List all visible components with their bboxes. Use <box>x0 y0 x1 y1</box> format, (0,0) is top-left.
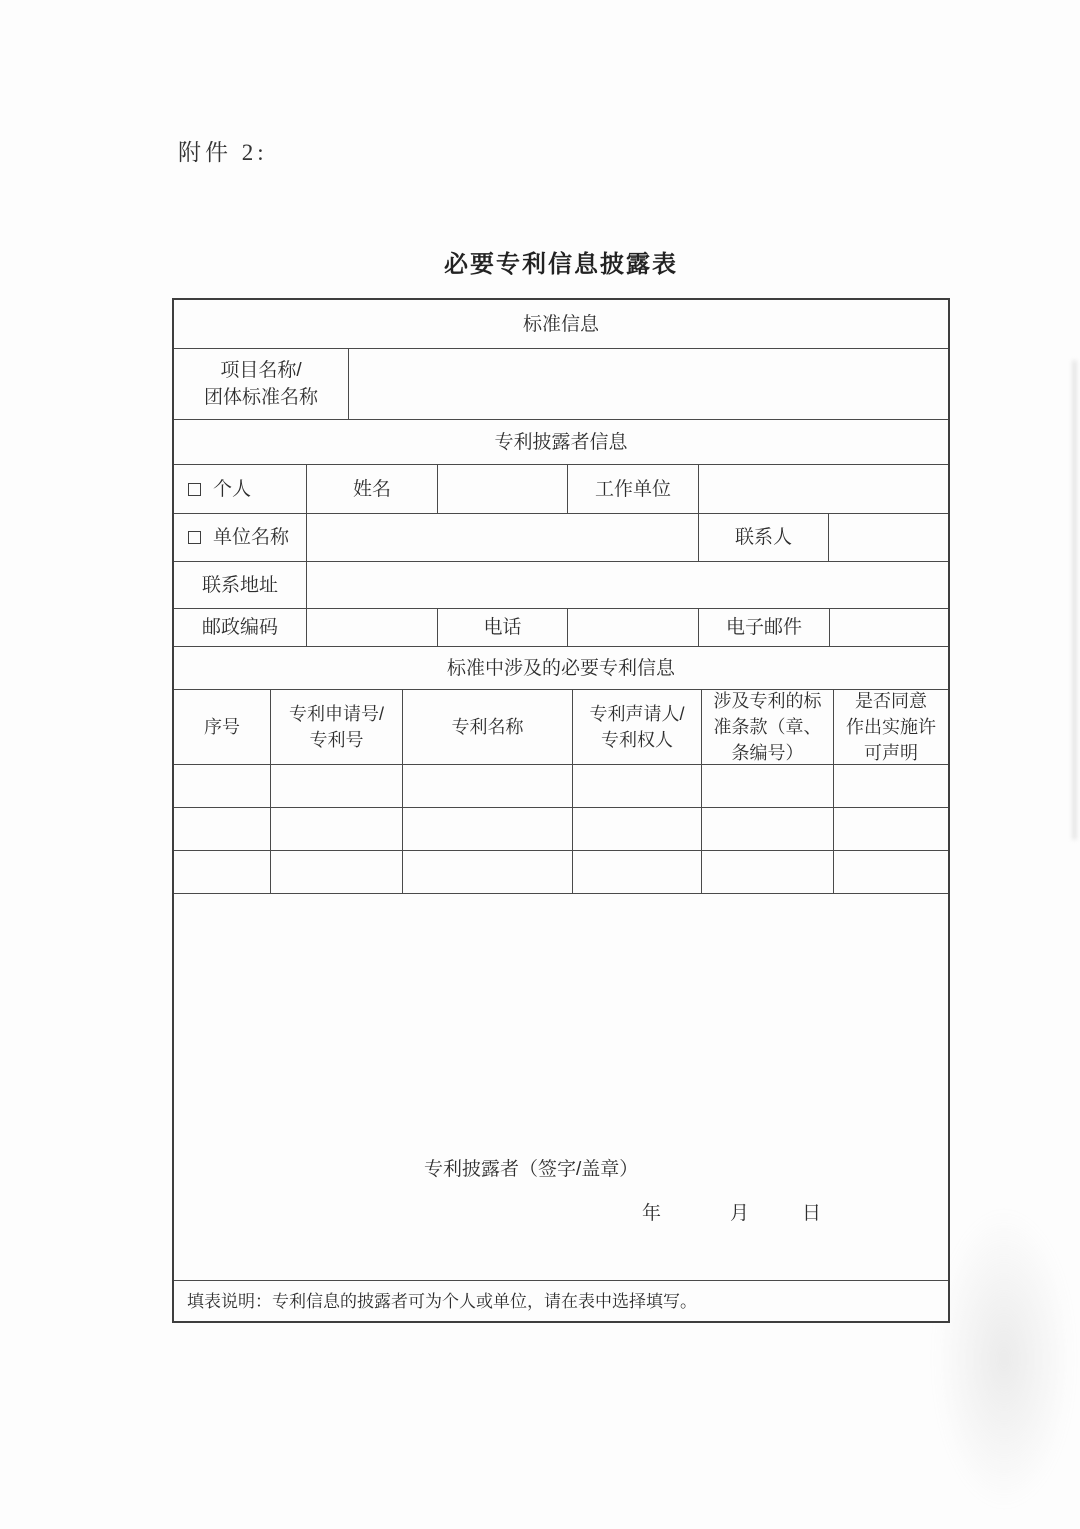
attachment-label: 附件 2: <box>178 134 268 167</box>
patent-table-row <box>174 765 948 808</box>
scan-artifact-bottom-right <box>934 1209 1074 1509</box>
organization-value <box>307 514 699 561</box>
checkbox-icon <box>188 483 201 496</box>
patent-cell <box>174 765 271 807</box>
individual-label: 个人 <box>213 476 251 503</box>
col-header-index: 序号 <box>174 690 271 764</box>
patent-cell <box>834 851 948 893</box>
col-header-patent-name: 专利名称 <box>403 690 573 764</box>
name-value <box>438 465 568 513</box>
project-name-row: 项目名称/ 团体标准名称 <box>174 349 948 420</box>
postcode-label: 邮政编码 <box>174 609 307 646</box>
address-value <box>307 562 948 608</box>
patent-cell <box>271 765 403 807</box>
project-name-value <box>349 349 948 419</box>
patent-cell <box>834 765 948 807</box>
email-label: 电子邮件 <box>699 609 830 646</box>
month-label: 月 <box>730 1198 749 1225</box>
patent-cell <box>403 765 573 807</box>
patent-cell <box>174 851 271 893</box>
patent-cell <box>573 851 702 893</box>
standard-info-header: 标准信息 <box>174 300 948 348</box>
individual-row: 个人 姓名 工作单位 <box>174 465 948 514</box>
postcode-phone-email-row: 邮政编码 电话 电子邮件 <box>174 609 948 647</box>
patent-cell <box>702 808 834 850</box>
form-title: 必要专利信息披露表 <box>172 244 950 279</box>
standard-info-header-row: 标准信息 <box>174 300 948 349</box>
phone-value <box>568 609 699 646</box>
organization-row: 单位名称 联系人 <box>174 514 948 562</box>
note-text: 填表说明：专利信息的披露者可为个人或单位，请在表中选择填写。 <box>174 1281 948 1321</box>
contact-person-value <box>829 514 948 561</box>
disclosure-form-table: 标准信息 项目名称/ 团体标准名称 专利披露者信息 个人 姓名 工作单位 <box>172 298 950 1323</box>
patent-cell <box>573 808 702 850</box>
organization-label: 单位名称 <box>213 524 289 551</box>
work-unit-value <box>699 465 948 513</box>
postcode-value <box>307 609 438 646</box>
patent-cell <box>403 851 573 893</box>
work-unit-label: 工作单位 <box>568 465 699 513</box>
individual-option: 个人 <box>174 465 307 513</box>
checkbox-icon <box>188 531 201 544</box>
patent-cell <box>702 765 834 807</box>
patent-table-row <box>174 808 948 851</box>
patent-cell <box>403 808 573 850</box>
patent-table-header-row: 序号 专利申请号/ 专利号 专利名称 专利声请人/ 专利权人 涉及专利的标 准条… <box>174 690 948 765</box>
patent-section-header-row: 标准中涉及的必要专利信息 <box>174 647 948 690</box>
address-label: 联系地址 <box>174 562 307 608</box>
document-page: 附件 2: 必要专利信息披露表 标准信息 项目名称/ 团体标准名称 专利披露者信… <box>0 0 1080 1529</box>
phone-label: 电话 <box>438 609 568 646</box>
patent-table-row <box>174 851 948 894</box>
organization-option: 单位名称 <box>174 514 307 561</box>
signature-date-line: 年 月 日 <box>174 1198 948 1228</box>
day-label: 日 <box>802 1198 821 1225</box>
discloser-info-header-row: 专利披露者信息 <box>174 420 948 465</box>
discloser-info-header: 专利披露者信息 <box>174 420 948 464</box>
patent-cell <box>174 808 271 850</box>
signature-label: 专利披露者（签字/盖章） <box>424 1154 638 1181</box>
patent-cell <box>271 851 403 893</box>
patent-cell <box>834 808 948 850</box>
signature-area: 专利披露者（签字/盖章） 年 月 日 <box>174 894 948 1281</box>
patent-cell <box>573 765 702 807</box>
patent-cell <box>702 851 834 893</box>
patent-cell <box>271 808 403 850</box>
name-label: 姓名 <box>307 465 438 513</box>
patent-section-header: 标准中涉及的必要专利信息 <box>174 647 948 689</box>
email-value <box>830 609 948 646</box>
scan-artifact-right-edge <box>1072 360 1077 840</box>
contact-person-label: 联系人 <box>699 514 829 561</box>
col-header-standard-clause: 涉及专利的标 准条款（章、 条编号） <box>702 690 834 764</box>
address-row: 联系地址 <box>174 562 948 609</box>
col-header-applicant: 专利声请人/ 专利权人 <box>573 690 702 764</box>
col-header-application-number: 专利申请号/ 专利号 <box>271 690 403 764</box>
year-label: 年 <box>642 1198 661 1225</box>
note-row: 填表说明：专利信息的披露者可为个人或单位，请在表中选择填写。 <box>174 1281 948 1321</box>
project-name-label: 项目名称/ 团体标准名称 <box>174 349 349 419</box>
col-header-license-consent: 是否同意 作出实施许 可声明 <box>834 690 948 764</box>
